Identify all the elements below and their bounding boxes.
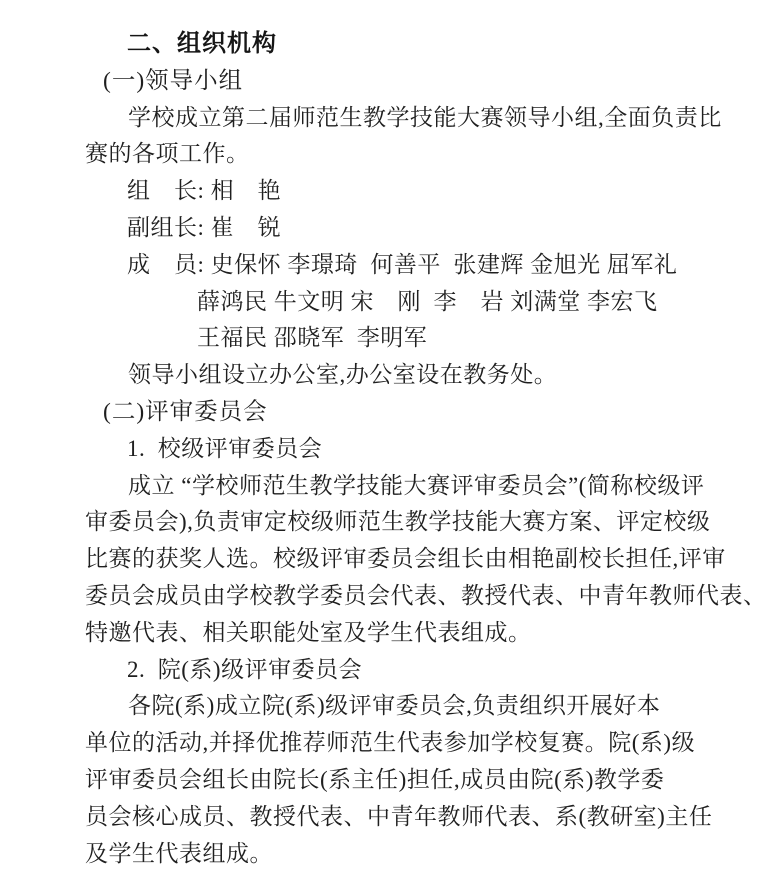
document-content: 二、组织机构 (一)领导小组 学校成立第二届师范生教学技能大赛领导小组,全面负责…: [85, 26, 703, 872]
school-level-line-4: 委员会成员由学校教学委员会代表、教授代表、中青年教师代表、: [85, 578, 703, 615]
college-level-line-3: 评审委员会组长由院长(系主任)担任,成员由院(系)教学委: [85, 762, 703, 799]
leading-group-intro-line-2: 赛的各项工作。: [85, 136, 703, 173]
school-level-line-1: 成立 “学校师范生教学技能大赛评审委员会”(简称校级评: [128, 468, 703, 505]
school-level-title: 1. 校级评审委员会: [127, 431, 703, 468]
college-level-line-5: 及学生代表组成。: [85, 836, 703, 873]
college-level-line-1: 各院(系)成立院(系)级评审委员会,负责组织开展好本: [128, 688, 703, 725]
section-heading: 二、组织机构: [127, 26, 703, 63]
review-committee-title: (二)评审委员会: [103, 394, 703, 431]
college-level-title: 2. 院(系)级评审委员会: [127, 652, 703, 689]
school-level-line-3: 比赛的获奖人选。校级评审委员会组长由相艳副校长担任,评审: [85, 541, 703, 578]
leading-group-intro-line-1: 学校成立第二届师范生教学技能大赛领导小组,全面负责比: [128, 100, 703, 137]
leading-group-title: (一)领导小组: [103, 63, 703, 100]
members-line-1: 成 员: 史保怀 李璟琦 何善平 张建辉 金旭光 屈军礼: [127, 247, 703, 284]
school-level-line-5: 特邀代表、相关职能处室及学生代表组成。: [85, 615, 703, 652]
office-note: 领导小组设立办公室,办公室设在教务处。: [128, 357, 703, 394]
role-deputy-leader: 副组长: 崔 锐: [127, 210, 703, 247]
document-page: 二、组织机构 (一)领导小组 学校成立第二届师范生教学技能大赛领导小组,全面负责…: [0, 0, 765, 884]
role-leader: 组 长: 相 艳: [127, 173, 703, 210]
members-line-2: 薛鸿民 牛文明 宋 刚 李 岩 刘满堂 李宏飞: [197, 284, 703, 321]
college-level-line-2: 单位的活动,并择优推荐师范生代表参加学校复赛。院(系)级: [85, 725, 703, 762]
school-level-line-2: 审委员会),负责审定校级师范生教学技能大赛方案、评定校级: [85, 504, 703, 541]
members-line-3: 王福民 邵晓军 李明军: [197, 320, 703, 357]
college-level-line-4: 员会核心成员、教授代表、中青年教师代表、系(教研室)主任: [85, 799, 703, 836]
